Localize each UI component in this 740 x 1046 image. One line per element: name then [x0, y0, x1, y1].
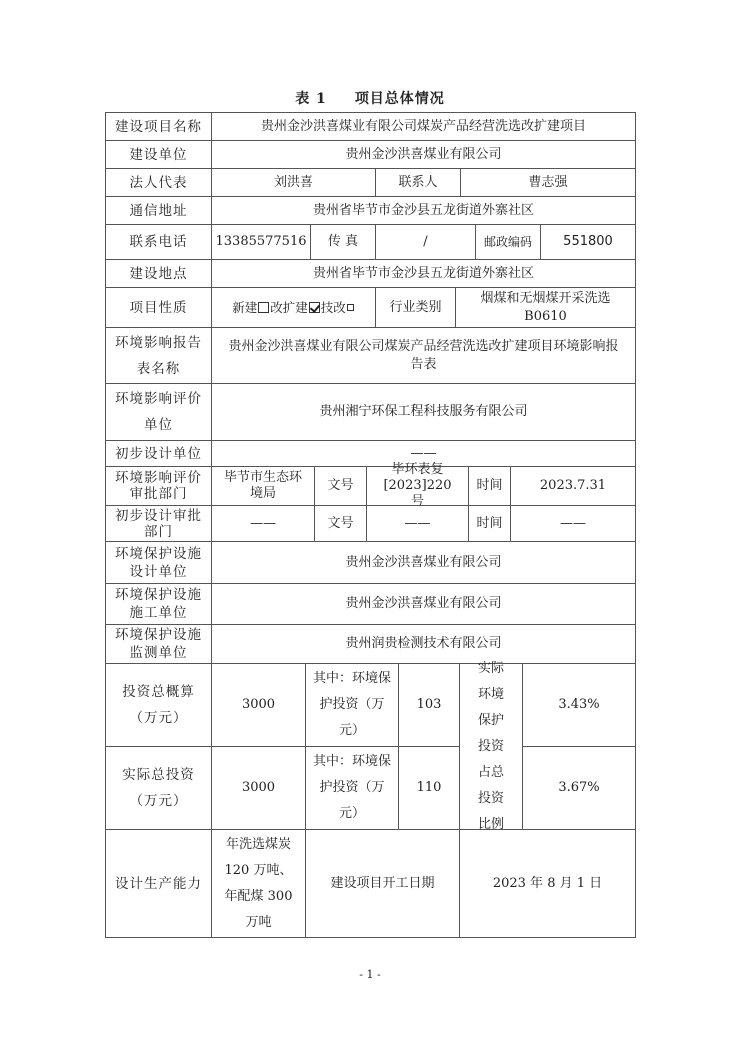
label-eia-report: 环境影响报告表名称 — [105, 327, 212, 384]
label-prelim-doc: 文号 — [314, 505, 367, 542]
option-expand-label: 改扩建 — [270, 299, 308, 317]
label-builder: 建设单位 — [105, 140, 212, 169]
value-budget-env: 103 — [398, 663, 460, 747]
label-prelim-approval: 初步设计审批部门 — [105, 505, 212, 542]
label-eia-approval: 环境影响评价审批部门 — [105, 466, 212, 506]
table-number: 表 1 — [295, 91, 327, 107]
label-project-name: 建设项目名称 — [105, 112, 212, 141]
label-budget: 投资总概算（万元） — [105, 663, 212, 747]
value-actual: 3000 — [211, 746, 306, 830]
value-env-build-unit: 贵州金沙洪喜煤业有限公司 — [211, 583, 636, 625]
value-site: 贵州省毕节市金沙县五龙街道外寨社区 — [211, 259, 636, 288]
value-industry: 烟煤和无烟煤开采洗选 B0610 — [455, 287, 636, 328]
value-prelim-approval-dept: —— — [211, 505, 315, 542]
nature-options: 新建改扩建技改 — [211, 287, 376, 328]
label-env-monitor-unit: 环境保护设施监测单位 — [105, 624, 212, 664]
value-eia-approval-dept: 毕节市生态环境局 — [211, 466, 315, 506]
value-eia-report: 贵州金沙洪喜煤业有限公司煤炭产品经营洗选改扩建项目环境影响报告表 — [211, 327, 636, 384]
checkbox-tech[interactable] — [347, 304, 354, 311]
value-actual-env: 110 — [398, 746, 460, 830]
label-env-design-unit: 环境保护设施设计单位 — [105, 541, 212, 584]
value-prelim-time: —— — [510, 505, 636, 542]
label-eia-unit: 环境影响评价单位 — [105, 383, 212, 441]
table-title: 表 1项目总体情况 — [0, 88, 740, 108]
label-actual: 实际总投资（万元） — [105, 746, 212, 830]
value-env-design-unit: 贵州金沙洪喜煤业有限公司 — [211, 541, 636, 584]
label-env-ratio: 实际环境保护投资占总投资比例 — [459, 663, 523, 830]
label-phone: 联系电话 — [105, 224, 212, 260]
value-project-name: 贵州金沙洪喜煤业有限公司煤炭产品经营洗选改扩建项目 — [211, 112, 636, 141]
label-budget-env: 其中：环境保护投资（万元） — [305, 663, 399, 747]
label-legal-rep: 法人代表 — [105, 168, 212, 197]
value-env-monitor-unit: 贵州润贵检测技术有限公司 — [211, 624, 636, 664]
value-fax: / — [375, 224, 476, 260]
label-contact: 联系人 — [375, 168, 461, 197]
value-contact: 曹志强 — [460, 168, 636, 197]
checkbox-expand-checked[interactable] — [309, 302, 320, 313]
label-fax: 传 真 — [310, 224, 376, 260]
checkbox-new[interactable] — [258, 302, 269, 313]
label-nature: 项目性质 — [105, 287, 212, 328]
page-number: - 1 - — [0, 968, 740, 981]
label-site: 建设地点 — [105, 259, 212, 288]
label-postcode: 邮政编码 — [475, 224, 541, 260]
label-env-build-unit: 环境保护设施施工单位 — [105, 583, 212, 625]
label-start-date: 建设项目开工日期 — [305, 829, 460, 938]
label-prelim-design-unit: 初步设计单位 — [105, 440, 212, 467]
label-address: 通信地址 — [105, 196, 212, 225]
value-legal-rep: 刘洪喜 — [211, 168, 376, 197]
value-postcode: 551800 — [540, 224, 636, 260]
value-eia-doc: 毕环表复[2023]220 号 — [366, 466, 469, 506]
value-eia-unit: 贵州湘宁环保工程科技服务有限公司 — [211, 383, 636, 441]
value-budget-ratio: 3.43% — [522, 663, 636, 747]
value-address: 贵州省毕节市金沙县五龙街道外寨社区 — [211, 196, 636, 225]
table-title-text: 项目总体情况 — [355, 91, 445, 107]
label-industry: 行业类别 — [375, 287, 456, 328]
value-phone: 13385577516 — [211, 224, 311, 260]
label-eia-doc: 文号 — [314, 466, 367, 506]
value-capacity: 年洗选煤炭120 万吨、年配煤 300 万吨 — [211, 829, 306, 938]
label-capacity: 设计生产能力 — [105, 829, 212, 938]
value-actual-ratio: 3.67% — [522, 746, 636, 830]
value-budget: 3000 — [211, 663, 306, 747]
value-eia-time: 2023.7.31 — [510, 466, 636, 506]
option-new-label: 新建 — [232, 299, 257, 317]
value-start-date: 2023 年 8 月 1 日 — [459, 829, 636, 938]
label-prelim-time: 时间 — [468, 505, 511, 542]
option-tech-label: 技改 — [321, 299, 346, 317]
label-eia-time: 时间 — [468, 466, 511, 506]
label-actual-env: 其中：环境保护投资（万元） — [305, 746, 399, 830]
value-builder: 贵州金沙洪喜煤业有限公司 — [211, 140, 636, 169]
value-prelim-doc: —— — [366, 505, 469, 542]
